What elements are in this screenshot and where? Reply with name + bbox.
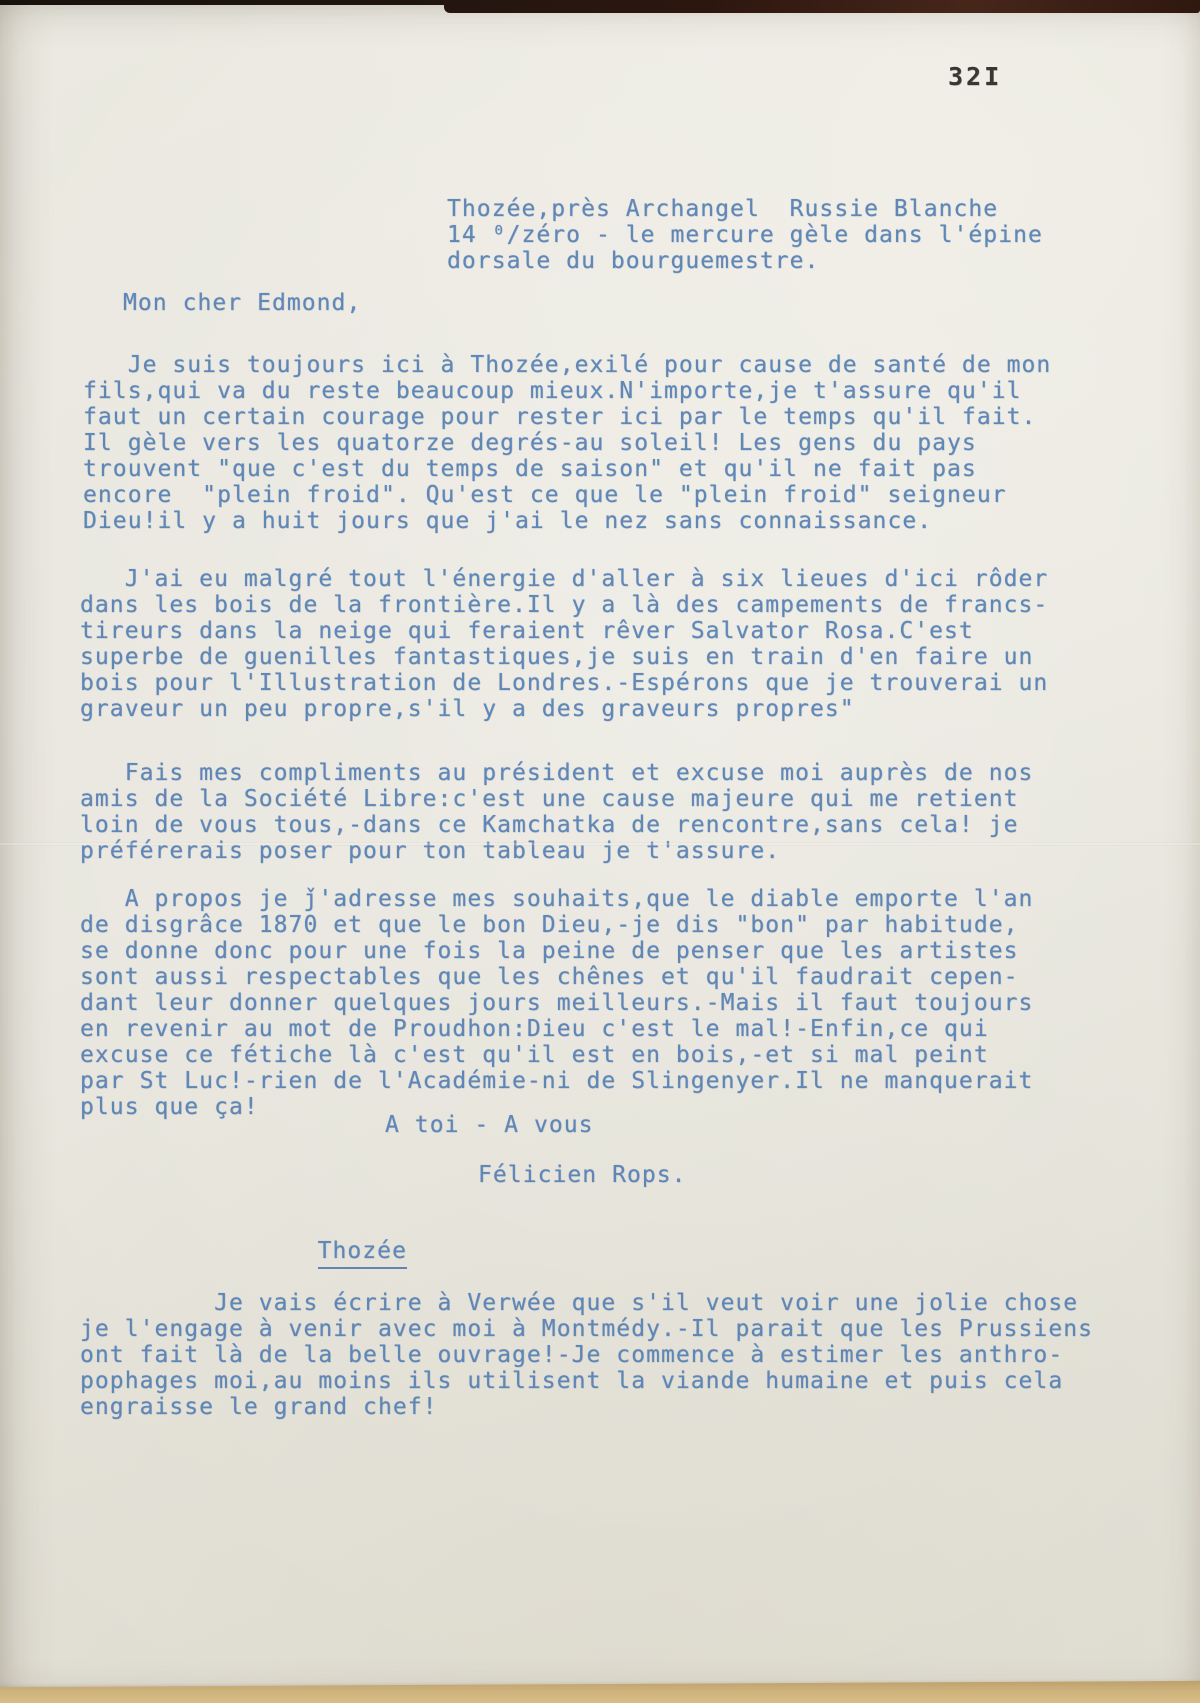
closing-line: A toi - A vous bbox=[385, 1112, 594, 1138]
binding-top-edge bbox=[444, 0, 1200, 13]
paper-fold-crease bbox=[0, 842, 1200, 846]
salutation: Mon cher Edmond, bbox=[123, 290, 361, 316]
paragraph-4: A propos je ǰ'adresse mes souhaits,que l… bbox=[80, 886, 1033, 1120]
letter-page: 32I Thozée,près Archangel Russie Blanche… bbox=[0, 0, 1200, 1703]
postscript-title: Thozée bbox=[258, 1212, 407, 1295]
paragraph-2: J'ai eu malgré tout l'énergie d'aller à … bbox=[80, 566, 1048, 722]
signature: Félicien Rops. bbox=[478, 1162, 687, 1188]
letter-heading: Thozée,près Archangel Russie Blanche 14 … bbox=[447, 196, 1043, 274]
postscript-title-text: Thozée bbox=[318, 1238, 407, 1269]
paragraph-3: Fais mes compliments au président et exc… bbox=[80, 760, 1033, 864]
paragraph-1: Je suis toujours ici à Thozée,exilé pour… bbox=[83, 352, 1051, 534]
page-number: 32I bbox=[948, 62, 1002, 91]
postscript: Je vais écrire à Verwée que s'il veut vo… bbox=[80, 1290, 1093, 1420]
